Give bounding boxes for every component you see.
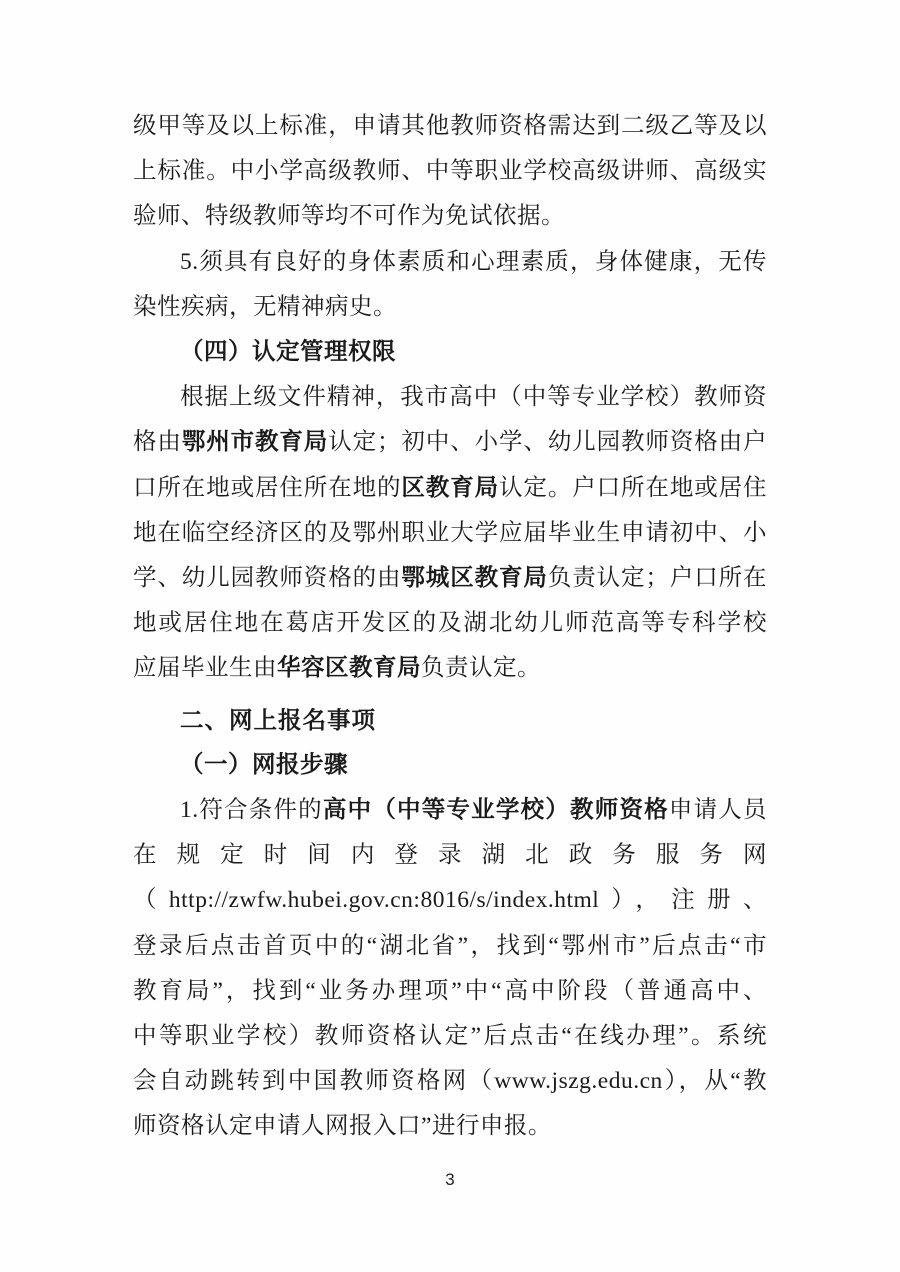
text-line: 格由鄂州市教育局认定；初中、小学、幼儿园教师资格由户 xyxy=(133,420,767,465)
body-text: 会自动跳转到中国教师资格网（www.jszg.edu.cn），从“教 xyxy=(133,1068,767,1094)
body-text: 根据上级文件精神，我市高中（中等专业学校）教师资 xyxy=(180,384,767,410)
text-line: 地在临空经济区的及鄂州职业大学应届毕业生申请初中、小 xyxy=(133,511,767,556)
text-line: 会自动跳转到中国教师资格网（www.jszg.edu.cn），从“教 xyxy=(133,1059,767,1104)
body-text: （一）网报步骤 xyxy=(180,752,348,778)
body-text: 口所在地或居住所在地的 xyxy=(133,475,401,501)
emphasized-text: 区教育局 xyxy=(401,475,499,501)
emphasized-text: 鄂州市教育局 xyxy=(182,429,328,455)
body-text: 格由 xyxy=(133,429,182,455)
text-line: 验师、特级教师等均不可作为免试依据。 xyxy=(133,194,767,239)
text-line: 二、网上报名事项 xyxy=(133,698,767,743)
body-text: 申请人员 xyxy=(669,797,767,823)
text-line: 教育局”，找到“业务办理项”中“高中阶段（普通高中、 xyxy=(133,969,767,1014)
body-text: 级甲等及以上标准，申请其他教师资格需达到二级乙等及以 xyxy=(133,113,767,139)
body-text: 教育局”，找到“业务办理项”中“高中阶段（普通高中、 xyxy=(133,978,767,1004)
text-line: 师资格认定申请人网报入口”进行申报。 xyxy=(133,1104,767,1149)
text-line: 根据上级文件精神，我市高中（中等专业学校）教师资 xyxy=(133,375,767,420)
text-line: 染性疾病，无精神病史。 xyxy=(133,285,767,330)
body-text: （http://zwfw.hubei.gov.cn:8016/s/index.h… xyxy=(133,887,767,913)
body-text: 在规定时间内登录湖北政务服务网 xyxy=(133,842,767,868)
text-line: （http://zwfw.hubei.gov.cn:8016/s/index.h… xyxy=(133,878,767,923)
body-text: 学、幼儿园教师资格的由 xyxy=(133,565,401,591)
emphasized-text: 高中（中等专业学校）教师资格 xyxy=(323,797,669,823)
page-number: 3 xyxy=(0,1170,900,1190)
body-text: 认定。户口所在地或居住 xyxy=(499,475,767,501)
text-line: 5.须具有良好的身体素质和心理素质，身体健康，无传 xyxy=(133,240,767,285)
body-text: 地在临空经济区的及鄂州职业大学应届毕业生申请初中、小 xyxy=(133,520,767,546)
body-text: 师资格认定申请人网报入口”进行申报。 xyxy=(133,1113,552,1139)
body-text: 应届毕业生由 xyxy=(133,655,277,681)
body-text: 地或居住地在葛店开发区的及湖北幼儿师范高等专科学校 xyxy=(133,610,767,636)
text-line: 中等职业学校）教师资格认定”后点击“在线办理”。系统 xyxy=(133,1014,767,1059)
body-text: 认定；初中、小学、幼儿园教师资格由户 xyxy=(328,429,767,455)
document-page: 级甲等及以上标准，申请其他教师资格需达到二级乙等及以上标准。中小学高级教师、中等… xyxy=(0,0,900,1272)
body-text: 1.符合条件的 xyxy=(180,797,323,823)
body-text: 染性疾病，无精神病史。 xyxy=(133,294,397,320)
text-line: 地或居住地在葛店开发区的及湖北幼儿师范高等专科学校 xyxy=(133,601,767,646)
text-line: 在规定时间内登录湖北政务服务网 xyxy=(133,833,767,878)
text-line: 应届毕业生由华容区教育局负责认定。 xyxy=(133,646,767,691)
document-body: 级甲等及以上标准，申请其他教师资格需达到二级乙等及以上标准。中小学高级教师、中等… xyxy=(133,104,767,1150)
text-line: 上标准。中小学高级教师、中等职业学校高级讲师、高级实 xyxy=(133,149,767,194)
emphasized-text: 鄂城区教育局 xyxy=(401,565,547,591)
text-line: 口所在地或居住所在地的区教育局认定。户口所在地或居住 xyxy=(133,466,767,511)
text-line: （一）网报步骤 xyxy=(133,743,767,788)
text-line: 登录后点击首页中的“湖北省”，找到“鄂州市”后点击“市 xyxy=(133,924,767,969)
text-line: 级甲等及以上标准，申请其他教师资格需达到二级乙等及以 xyxy=(133,104,767,149)
body-text: 上标准。中小学高级教师、中等职业学校高级讲师、高级实 xyxy=(133,158,767,184)
body-text: 5.须具有良好的身体素质和心理素质，身体健康，无传 xyxy=(180,249,767,275)
text-line: （四）认定管理权限 xyxy=(133,330,767,375)
body-text: 验师、特级教师等均不可作为免试依据。 xyxy=(133,203,565,229)
body-text: （四）认定管理权限 xyxy=(180,339,396,365)
body-text: 负责认定。 xyxy=(421,655,541,681)
body-text: 登录后点击首页中的“湖北省”，找到“鄂州市”后点击“市 xyxy=(133,933,767,959)
text-line: 1.符合条件的高中（中等专业学校）教师资格申请人员 xyxy=(133,788,767,833)
body-text: 负责认定；户口所在 xyxy=(548,565,767,591)
body-text: 二、网上报名事项 xyxy=(180,707,376,733)
emphasized-text: 华容区教育局 xyxy=(277,655,421,681)
text-line: 学、幼儿园教师资格的由鄂城区教育局负责认定；户口所在 xyxy=(133,556,767,601)
body-text: 中等职业学校）教师资格认定”后点击“在线办理”。系统 xyxy=(133,1023,767,1049)
